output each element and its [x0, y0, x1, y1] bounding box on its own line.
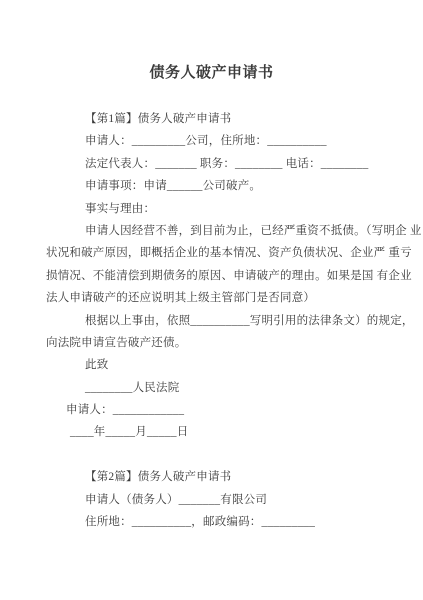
- applicant-line: 申请人：_________公司，住所地：__________: [46, 130, 394, 152]
- legal-basis-line: 向法院申请宣告破产还债。: [46, 332, 394, 354]
- application-matter-line: 申请事项：申请______公司破产。: [46, 175, 394, 197]
- applicant-debtor-line: 申请人（债务人）_______有限公司: [46, 489, 394, 511]
- court-name-line: ________人民法院: [46, 377, 394, 399]
- legal-basis-line: 根据以上事由，依照__________写明引用的法律条文）的规定，: [46, 310, 394, 332]
- date-line: ____年_____月_____日: [46, 421, 394, 443]
- document-page: 债务人破产申请书 【第1篇】债务人破产申请书 申请人：_________公司，住…: [0, 0, 423, 600]
- address-postcode-line: 住所地：__________，邮政编码：_________: [46, 511, 394, 533]
- signature-line: 申请人：____________: [46, 399, 394, 421]
- document-body: 【第1篇】债务人破产申请书 申请人：_________公司，住所地：______…: [46, 108, 394, 533]
- facts-paragraph-line: 申请人因经营不善，到目前为止，已经严重资不抵债。（写明企 业: [46, 220, 394, 242]
- document-title: 债务人破产申请书: [0, 61, 423, 82]
- facts-paragraph-line: 状况和破产原因，即概括企业的基本情况、资产负债状况、企业严 重亏: [46, 242, 394, 264]
- facts-paragraph-line: 损情况、不能清偿到期债务的原因、申请破产的理由。如果是国 有企业: [46, 265, 394, 287]
- facts-and-reasons-label: 事实与理由：: [46, 198, 394, 220]
- legal-representative-line: 法定代表人：_______ 职务：________ 电话：________: [46, 153, 394, 175]
- closing-salutation: 此致: [46, 354, 394, 376]
- section1-heading: 【第1篇】债务人破产申请书: [46, 108, 394, 130]
- facts-paragraph-line: 法人申请破产的还应说明其上级主管部门是否同意）: [46, 287, 394, 309]
- section2-heading: 【第2篇】债务人破产申请书: [46, 466, 394, 488]
